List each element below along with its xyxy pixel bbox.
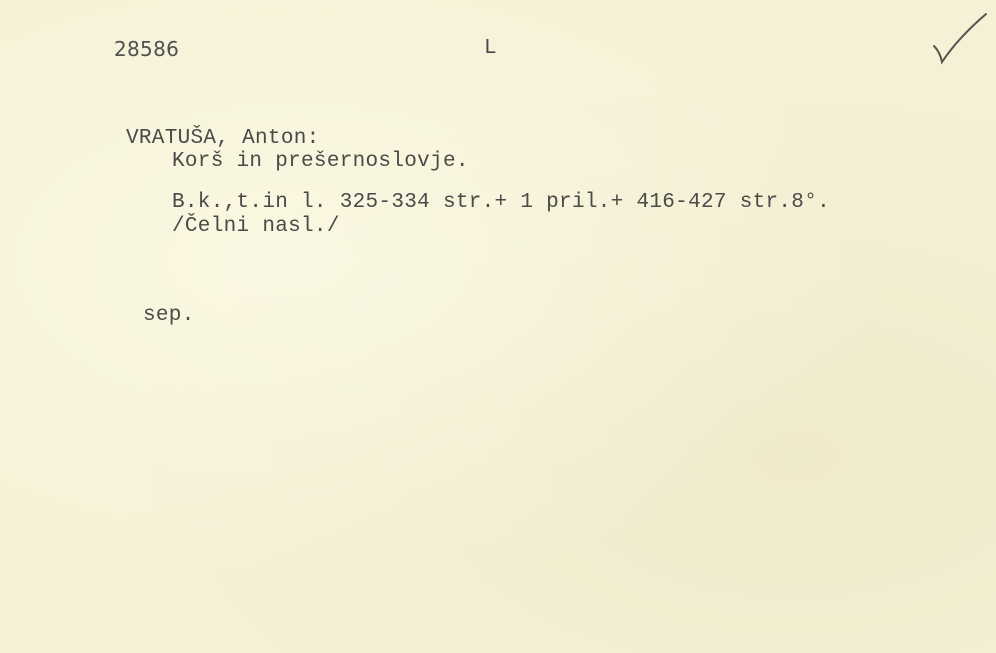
note-line: /Čelni nasl./ bbox=[172, 215, 340, 238]
accession-number: 28586 bbox=[114, 37, 179, 61]
remark: sep. bbox=[143, 304, 195, 327]
author-heading: VRATUŠA, Anton: bbox=[126, 127, 320, 150]
checkmark-icon bbox=[928, 8, 992, 70]
location-code: L bbox=[484, 37, 497, 60]
collation-line: B.k.,t.in l. 325-334 str.+ 1 pril.+ 416-… bbox=[172, 191, 830, 214]
title-line: Korš in prešernoslovje. bbox=[172, 150, 469, 173]
catalog-card: 28586 L VRATUŠA, Anton: Korš in prešerno… bbox=[0, 0, 996, 653]
